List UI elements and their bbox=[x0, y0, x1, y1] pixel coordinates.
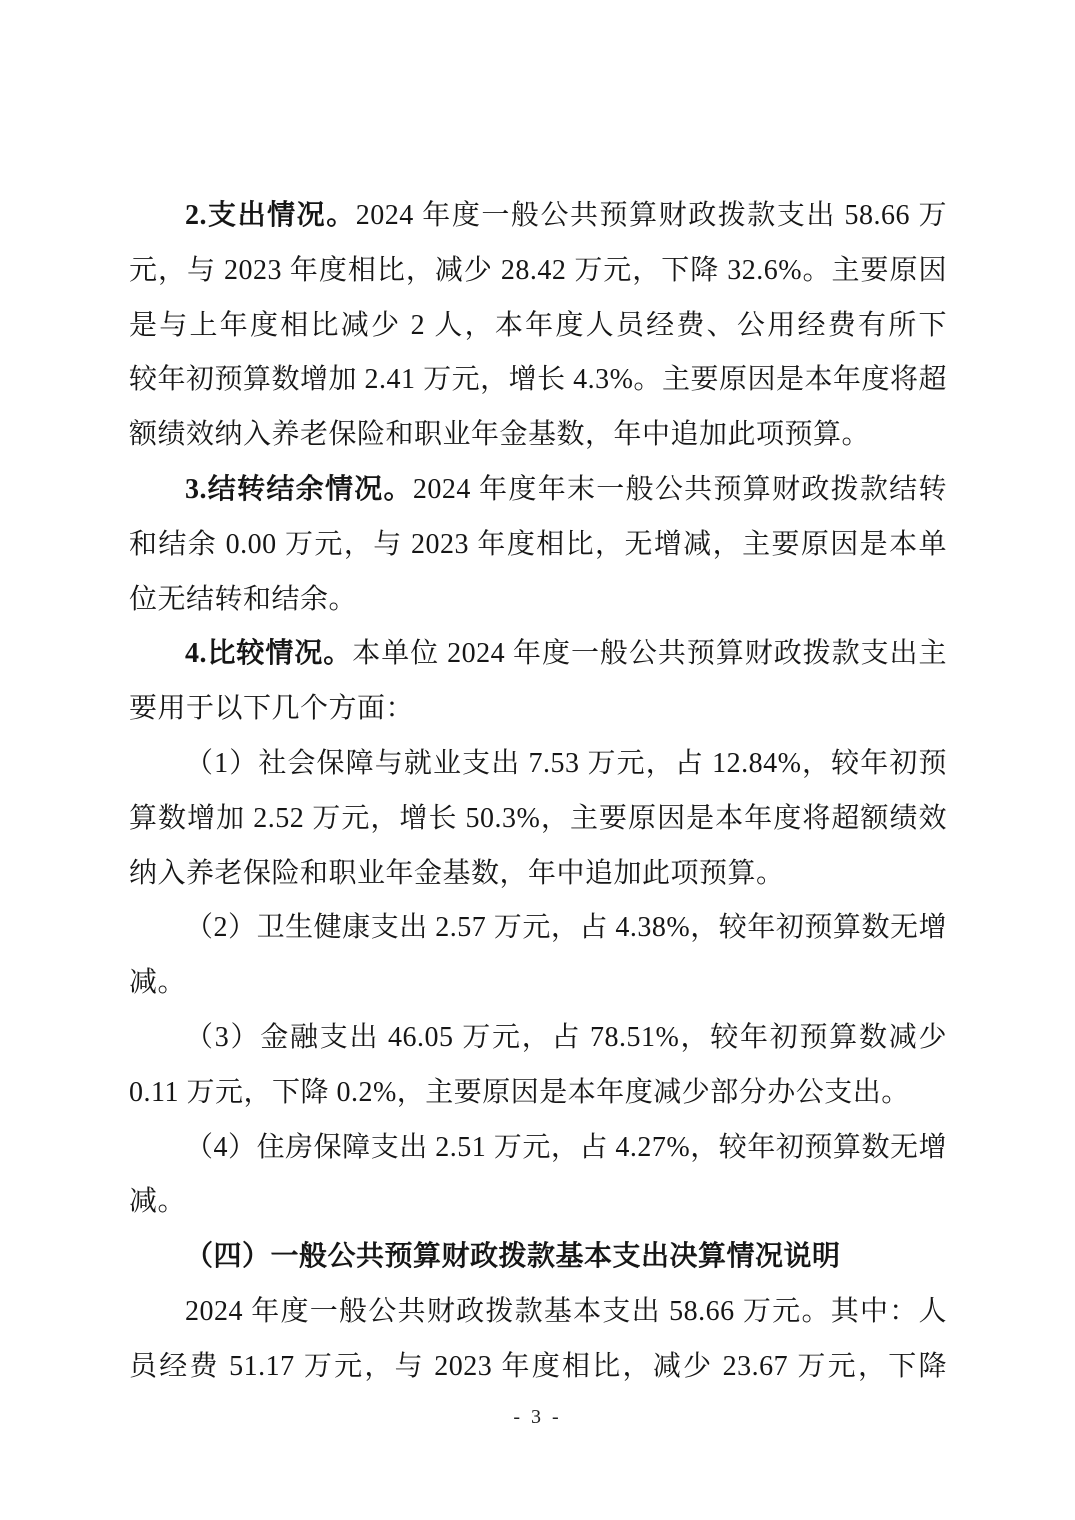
paragraph-line: 是与上年度相比减少 2 人，本年度人员经费、公用经费有所下降。 bbox=[129, 299, 947, 354]
paragraph-line: 位无结转和结余。 bbox=[129, 573, 947, 628]
text-run: 额绩效纳入养老保险和职业年金基数，年中追加此项预算。 bbox=[129, 419, 870, 450]
text-run: 较年初预算数增加 2.41 万元，增长 4.3%。主要原因是本年度将超 bbox=[129, 364, 947, 395]
paragraph-line: （3）金融支出 46.05 万元，占 78.51%，较年初预算数减少 bbox=[129, 1011, 947, 1066]
paragraph-line: 0.11 万元，下降 0.2%，主要原因是本年度减少部分办公支出。 bbox=[129, 1066, 947, 1121]
paragraph-line: （1）社会保障与就业支出 7.53 万元，占 12.84%，较年初预 bbox=[129, 737, 947, 792]
section-number-heading: 2.支出情况。 bbox=[185, 200, 356, 231]
paragraph-line: 4.比较情况。本单位 2024 年度一般公共预算财政拨款支出主 bbox=[129, 627, 947, 682]
text-run: 减。 bbox=[129, 1186, 186, 1217]
text-run: 位无结转和结余。 bbox=[129, 584, 357, 615]
text-run: 2024 年度年末一般公共预算财政拨款结转 bbox=[413, 474, 947, 505]
section-number-heading: 4.比较情况。 bbox=[185, 638, 352, 669]
paragraph-line: （4）住房保障支出 2.51 万元，占 4.27%，较年初预算数无增 bbox=[129, 1121, 947, 1176]
text-run: 算数增加 2.52 万元，增长 50.3%，主要原因是本年度将超额绩效 bbox=[129, 803, 947, 834]
body-text: 2.支出情况。2024 年度一般公共预算财政拨款支出 58.66 万 元，与 2… bbox=[129, 189, 947, 1395]
paragraph-line: （2）卫生健康支出 2.57 万元，占 4.38%，较年初预算数无增 bbox=[129, 901, 947, 956]
text-run: 纳入养老保险和职业年金基数，年中追加此项预算。 bbox=[129, 858, 785, 889]
paragraph-line: 3.结转结余情况。2024 年度年末一般公共预算财政拨款结转 bbox=[129, 463, 947, 518]
text-run: 是与上年度相比减少 2 人，本年度人员经费、公用经费有所下降。 bbox=[129, 310, 947, 354]
text-run: 要用于以下几个方面： bbox=[129, 693, 414, 724]
page-number: - 3 - bbox=[0, 1400, 1075, 1434]
paragraph-line: 减。 bbox=[129, 1175, 947, 1230]
text-run: （3）金融支出 46.05 万元，占 78.51%，较年初预算数减少 bbox=[185, 1022, 947, 1053]
text-run: 2024 年度一般公共预算财政拨款支出 58.66 万 bbox=[356, 200, 947, 231]
paragraph-line: 2024 年度一般公共财政拨款基本支出 58.66 万元。其中：人 bbox=[129, 1285, 947, 1340]
text-run: 2024 年度一般公共财政拨款基本支出 58.66 万元。其中：人 bbox=[185, 1296, 947, 1327]
text-run: 0.11 万元，下降 0.2%，主要原因是本年度减少部分办公支出。 bbox=[129, 1077, 910, 1108]
document-page: 2.支出情况。2024 年度一般公共预算财政拨款支出 58.66 万 元，与 2… bbox=[0, 0, 1075, 1520]
paragraph-line: 较年初预算数增加 2.41 万元，增长 4.3%。主要原因是本年度将超 bbox=[129, 353, 947, 408]
paragraph-line: 纳入养老保险和职业年金基数，年中追加此项预算。 bbox=[129, 847, 947, 902]
text-run: 减。 bbox=[129, 967, 186, 998]
text-run: 本单位 2024 年度一般公共预算财政拨款支出主 bbox=[352, 638, 947, 669]
paragraph-line: 2.支出情况。2024 年度一般公共预算财政拨款支出 58.66 万 bbox=[129, 189, 947, 244]
paragraph-line: 额绩效纳入养老保险和职业年金基数，年中追加此项预算。 bbox=[129, 408, 947, 463]
paragraph-line: 算数增加 2.52 万元，增长 50.3%，主要原因是本年度将超额绩效 bbox=[129, 792, 947, 847]
paragraph-line: 和结余 0.00 万元，与 2023 年度相比，无增减，主要原因是本单 bbox=[129, 518, 947, 573]
text-run: 元，与 2023 年度相比，减少 28.42 万元，下降 32.6%。主要原因 bbox=[129, 255, 947, 286]
paragraph-line: 减。 bbox=[129, 956, 947, 1011]
text-run: （4）住房保障支出 2.51 万元，占 4.27%，较年初预算数无增 bbox=[185, 1132, 947, 1163]
section-number-heading: 3.结转结余情况。 bbox=[185, 474, 413, 505]
paragraph-line: 要用于以下几个方面： bbox=[129, 682, 947, 737]
section-heading-text: （四）一般公共预算财政拨款基本支出决算情况说明 bbox=[185, 1241, 841, 1272]
text-run: （1）社会保障与就业支出 7.53 万元，占 12.84%，较年初预 bbox=[185, 748, 947, 779]
section-heading: （四）一般公共预算财政拨款基本支出决算情况说明 bbox=[129, 1230, 947, 1285]
text-run: （2）卫生健康支出 2.57 万元，占 4.38%，较年初预算数无增 bbox=[185, 912, 947, 943]
paragraph-line: 元，与 2023 年度相比，减少 28.42 万元，下降 32.6%。主要原因 bbox=[129, 244, 947, 299]
text-run: 和结余 0.00 万元，与 2023 年度相比，无增减，主要原因是本单 bbox=[129, 529, 947, 560]
paragraph-line: 员经费 51.17 万元，与 2023 年度相比，减少 23.67 万元，下降 … bbox=[129, 1340, 947, 1395]
text-run: 员经费 51.17 万元，与 2023 年度相比，减少 23.67 万元，下降 … bbox=[129, 1351, 947, 1395]
